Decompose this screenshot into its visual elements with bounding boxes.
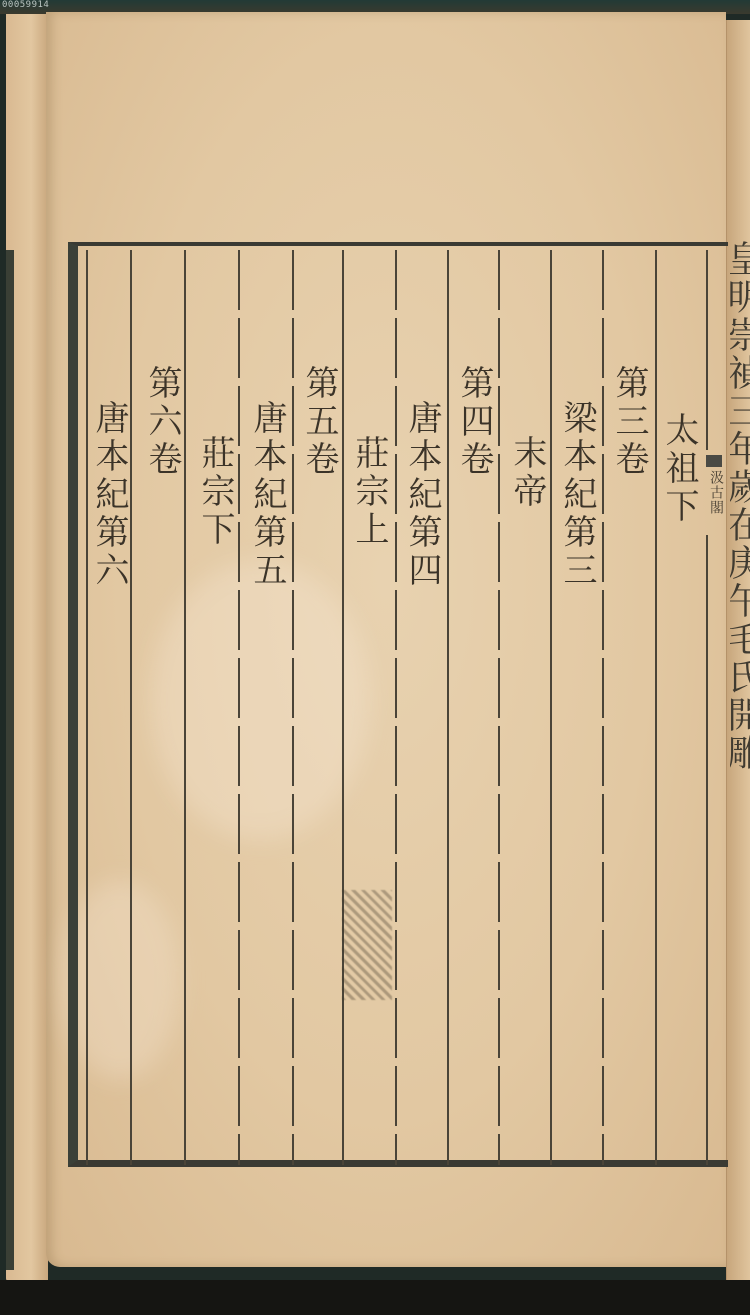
text-column-liang-benji-3: 梁本紀第三	[560, 400, 594, 590]
column-rule	[655, 250, 657, 1165]
text-column-tang-benji-4: 唐本紀第四	[405, 400, 439, 590]
text-column-modi: 末帝	[510, 435, 544, 511]
fold-fishtail-mark	[706, 455, 722, 467]
text-column-juan-4: 第四卷	[457, 365, 491, 479]
column-rule	[292, 250, 294, 1165]
fold-column-publisher: 汲古閣	[706, 470, 726, 515]
catalog-id-label: 00059914	[2, 0, 49, 10]
text-column-zhuangzong-shang: 莊宗上	[352, 435, 386, 549]
left-page-border-fragment	[6, 250, 14, 1270]
worm-damage-mark	[342, 890, 392, 1000]
text-column-juan-3: 第三卷	[612, 365, 646, 479]
text-column-juan-5: 第五卷	[302, 365, 336, 479]
column-rule	[706, 250, 708, 450]
column-rule	[238, 250, 240, 1165]
text-column-juan-6: 第六卷	[145, 365, 179, 479]
column-rule	[447, 250, 449, 1165]
column-rule	[395, 250, 397, 1165]
column-rule	[706, 535, 708, 1165]
text-column-taizu-xia: 太祖下	[662, 412, 696, 526]
text-column-tang-benji-6: 唐本紀第六	[92, 400, 126, 590]
colophon-text: 皇明崇禎三年歲在庚午毛氏開雕	[730, 240, 750, 772]
text-column-tang-benji-5: 唐本紀第五	[250, 400, 284, 590]
text-column-zhuangzong-xia: 莊宗下	[198, 435, 232, 549]
column-rule	[602, 250, 604, 1165]
column-rule	[86, 250, 88, 1165]
column-rule	[342, 250, 344, 1165]
column-rule	[130, 250, 132, 1165]
column-rule	[184, 250, 186, 1165]
column-rule	[550, 250, 552, 1165]
column-rule	[498, 250, 500, 1165]
bottom-dark-strip	[0, 1280, 750, 1315]
